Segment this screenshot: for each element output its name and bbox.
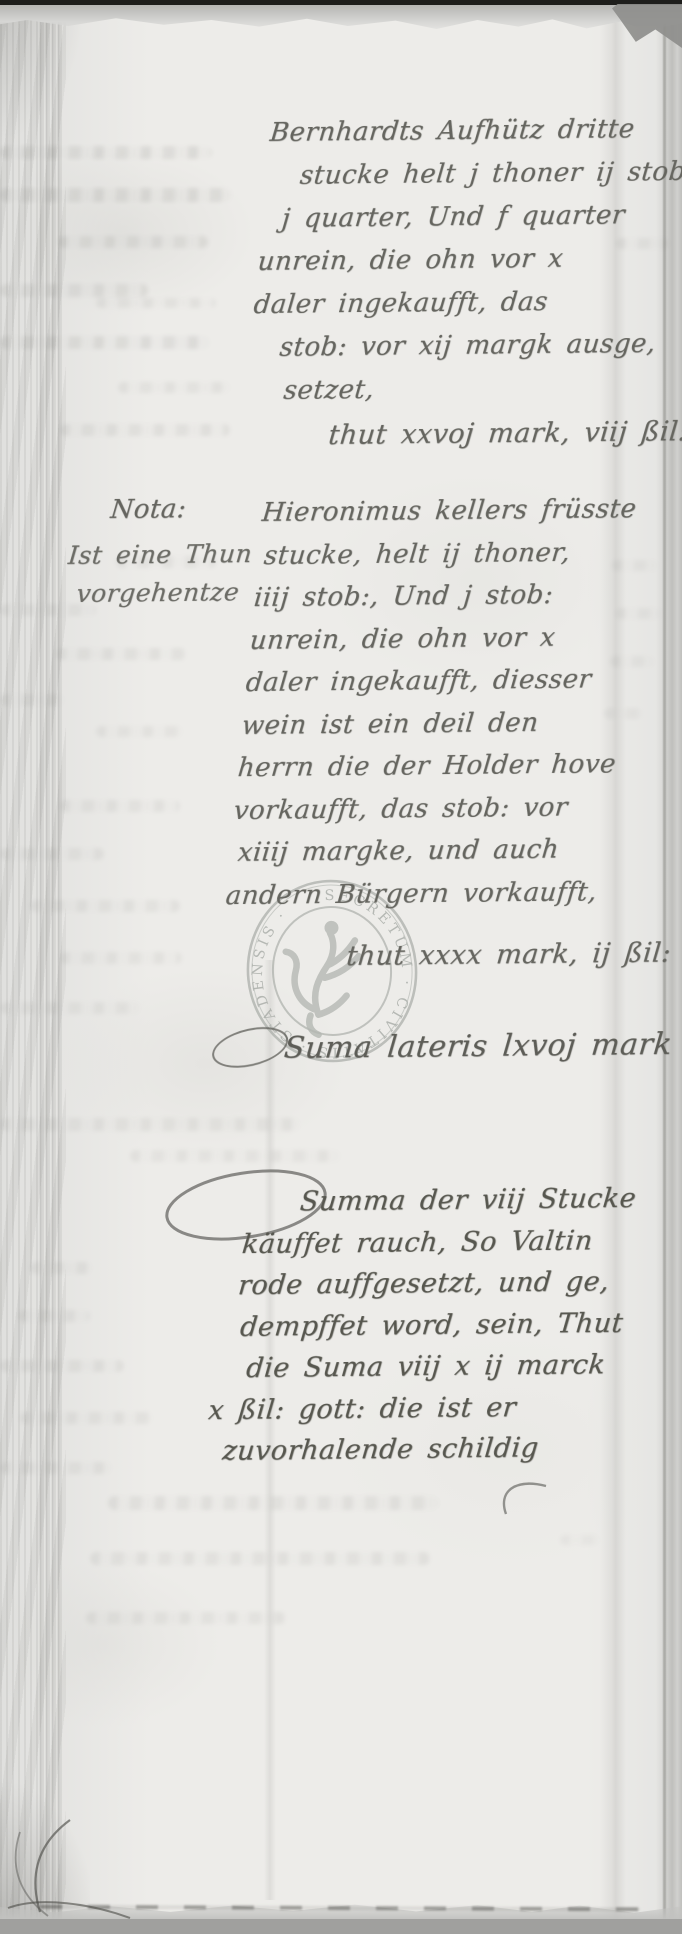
manuscript-line: x ßil: gott: die ist er	[206, 1385, 618, 1431]
entry-3-text: Summa der viij Stuckekäuffet rauch, So V…	[221, 1178, 639, 1473]
bleed-through-ghost-text	[108, 1496, 438, 1510]
manuscript-line: Summa der viij Stucke	[298, 1178, 638, 1223]
bleed-through-ghost-text	[616, 608, 662, 619]
bleed-through-ghost-text	[0, 146, 212, 159]
manuscript-line: daler ingekaufft, diesser	[244, 658, 626, 704]
manuscript-line: Bernhardts Aufhütz dritte	[268, 108, 682, 155]
bleed-through-ghost-text	[616, 238, 668, 249]
manuscript-line: wein ist ein deil den	[240, 701, 622, 747]
stray-pen-mark	[492, 1478, 554, 1520]
bleed-through-ghost-text	[90, 1552, 430, 1565]
bleed-through-ghost-text	[0, 1462, 112, 1474]
bleed-through-ghost-text	[0, 848, 104, 860]
bleed-through-ghost-text	[18, 1310, 90, 1322]
manuscript-line: unrein, die ohn vor x	[248, 616, 630, 662]
entry-2-text: Hieronimus kellers früsstestucke, helt i…	[224, 488, 642, 917]
bleed-through-ghost-text	[60, 800, 180, 812]
bleed-through-ghost-text	[0, 1118, 300, 1131]
margin-note-heading: Nota:	[109, 494, 188, 525]
entry-1-sum-line: thut xxvoj mark, viij ßil:	[327, 416, 682, 451]
bleed-through-ghost-text	[30, 900, 180, 912]
bleed-through-ghost-text	[56, 648, 186, 660]
manuscript-line: vorkaufft, das stob: vor	[232, 786, 614, 832]
bleed-through-ghost-text	[0, 336, 210, 349]
page-sum-line: Suma lateris lxvoj mark	[288, 1024, 674, 1066]
bleed-through-ghost-text	[0, 284, 148, 297]
bleed-through-ghost-text	[0, 1360, 124, 1372]
manuscript-line: stucke helt j thoner ij stob:	[298, 151, 682, 198]
bleed-through-ghost-text	[0, 188, 232, 202]
bleed-through-ghost-text	[0, 694, 64, 706]
bleed-through-ghost-text	[0, 604, 96, 616]
manuscript-line: herrn die der Holder hove	[236, 743, 618, 789]
manuscript-line: xiiij margke, und auch	[236, 828, 610, 874]
bleed-through-ghost-text	[130, 1150, 340, 1162]
manuscript-line: j quarter, Und f quarter	[280, 194, 682, 241]
bleed-through-ghost-text	[60, 424, 230, 436]
bleed-through-ghost-text	[0, 1002, 140, 1014]
bleed-through-ghost-text	[610, 656, 654, 667]
binding-threads	[0, 1812, 160, 1927]
manuscript-line: dempffet word, sein, Thut	[238, 1302, 626, 1348]
bleed-through-ghost-text	[96, 726, 182, 737]
margin-note-text: Ist eine Thunvorgehentze	[63, 535, 254, 613]
bleed-through-ghost-text	[612, 560, 658, 571]
manuscript-line: rode auffgesetzt, und ge,	[236, 1261, 630, 1307]
manuscript-line: die Suma viij x ij marck	[244, 1344, 622, 1389]
bleed-through-ghost-text	[58, 236, 208, 248]
manuscript-line: zuvorhalende schildig	[221, 1427, 615, 1473]
manuscript-page-scan: SECRETUM · CIVITATIS · STADENSIS · Bernh…	[0, 0, 682, 1934]
bleed-through-ghost-text	[30, 1262, 92, 1274]
manuscript-line: setzet,	[282, 365, 677, 412]
manuscript-line: daler ingekaufft, das	[252, 280, 682, 327]
bleed-through-ghost-text	[560, 1535, 600, 1545]
entry-1-text: Bernhardts Aufhütz drittestucke helt j t…	[244, 108, 682, 413]
bleed-through-ghost-text	[116, 556, 216, 568]
manuscript-line: stucke, helt ij thoner,	[262, 531, 638, 577]
bleed-through-ghost-text	[20, 1412, 152, 1424]
manuscript-line: Hieronimus kellers früsste	[260, 488, 642, 534]
entry-2-sum-line: thut xxxx mark, ij ßil:	[345, 938, 672, 972]
manuscript-line: vorgehentze	[75, 573, 251, 613]
bleed-through-ghost-text	[86, 1612, 286, 1624]
manuscript-line: andern Bürgern vorkaufft,	[224, 871, 606, 917]
bleed-through-ghost-text	[60, 952, 182, 964]
manuscript-line: käuffet rauch, So Valtin	[240, 1219, 634, 1265]
manuscript-line: iiij stob:, Und j stob:	[252, 573, 634, 619]
bleed-through-ghost-text	[604, 708, 644, 719]
manuscript-line: stob: vor xij margk ausge,	[278, 322, 681, 369]
bleed-through-ghost-text	[118, 382, 230, 393]
bleed-through-ghost-text	[96, 298, 216, 308]
